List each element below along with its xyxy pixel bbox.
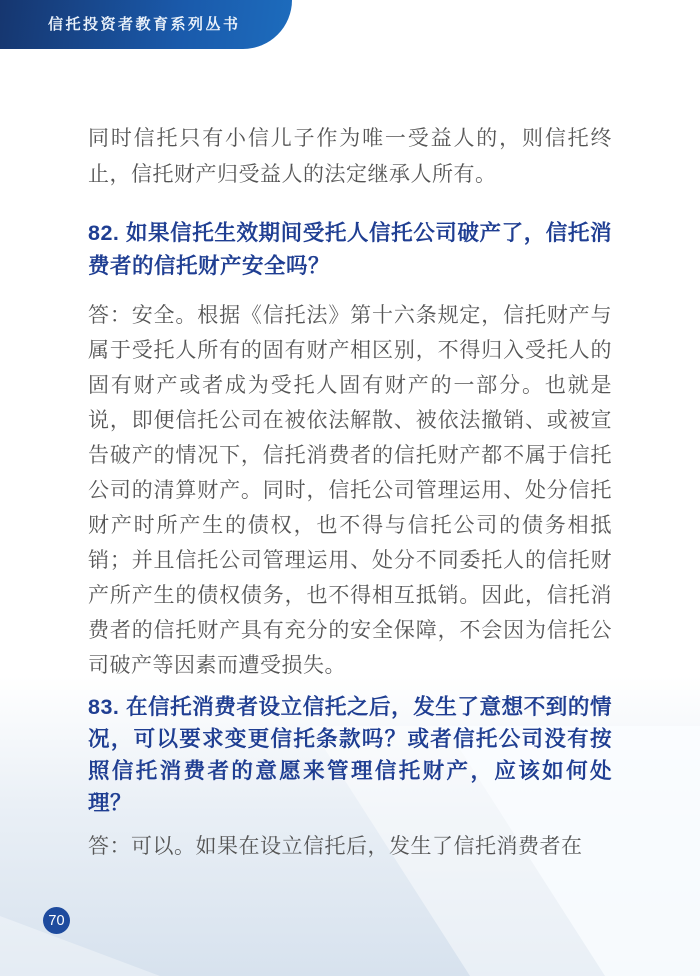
question-82-heading: 82. 如果信托生效期间受托人信托公司破产了，信托消费者的信托财产安全吗？ — [88, 217, 612, 283]
book-page: 信托投资者教育系列丛书 同时信托只有小信儿子作为唯一受益人的，则信托终止，信托财… — [0, 0, 700, 976]
question-83-answer: 答：可以。如果在设立信托后，发生了信托消费者在 — [88, 829, 612, 864]
header-banner: 信托投资者教育系列丛书 — [0, 0, 292, 49]
content-area: 同时信托只有小信儿子作为唯一受益人的，则信托终止，信托财产归受益人的法定继承人所… — [88, 121, 612, 864]
page-number-badge: 70 — [43, 907, 70, 934]
question-82-answer: 答：安全。根据《信托法》第十六条规定，信托财产与属于受托人所有的固有财产相区别，… — [88, 298, 612, 683]
question-83-heading: 83. 在信托消费者设立信托之后，发生了意想不到的情况，可以要求变更信托条款吗？… — [88, 691, 612, 819]
page-number: 70 — [48, 913, 64, 929]
continuation-paragraph: 同时信托只有小信儿子作为唯一受益人的，则信托终止，信托财产归受益人的法定继承人所… — [88, 121, 612, 193]
series-title: 信托投资者教育系列丛书 — [0, 0, 292, 49]
